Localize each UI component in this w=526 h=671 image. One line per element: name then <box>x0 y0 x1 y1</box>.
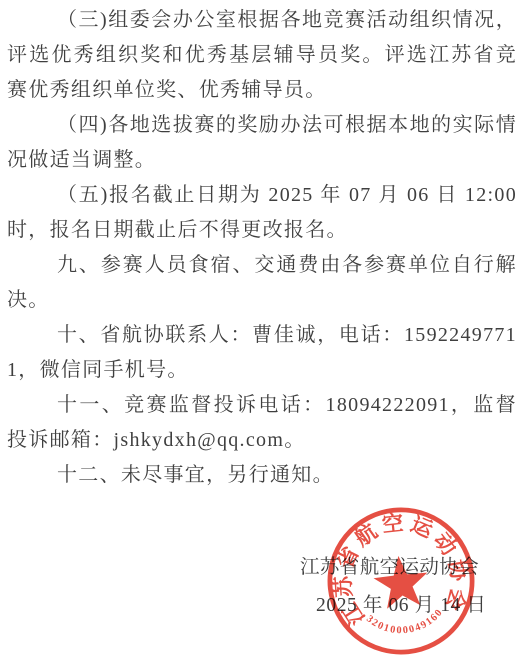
seal-code: 3201000049160 <box>363 606 447 640</box>
paragraph: 十二、未尽事宜，另行通知。 <box>7 458 517 493</box>
document-page: （三)组委会办公室根据各地竞赛活动组织情况，评选优秀组织奖和优秀基层辅导员奖。评… <box>0 0 526 671</box>
paragraph: 十、省航协联系人：曹佳诚，电话：15922497711，微信同手机号。 <box>7 318 517 388</box>
official-seal: 江苏省航空运动协会 3201000049160 <box>314 494 488 668</box>
paragraph: 十一、竞赛监督投诉电话：18094222091，监督投诉邮箱：jshkydxh@… <box>7 388 517 458</box>
paragraph: 九、参赛人员食宿、交通费由各参赛单位自行解决。 <box>7 248 517 318</box>
document-body: （三)组委会办公室根据各地竞赛活动组织情况，评选优秀组织奖和优秀基层辅导员奖。评… <box>7 3 517 493</box>
paragraph: （五)报名截止日期为 2025 年 07 月 06 日 12:00 时，报名日期… <box>7 178 517 248</box>
paragraph: （三)组委会办公室根据各地竞赛活动组织情况，评选优秀组织奖和优秀基层辅导员奖。评… <box>7 3 517 108</box>
paragraph: （四)各地选拔赛的奖励办法可根据本地的实际情况做适当调整。 <box>7 108 517 178</box>
star-icon <box>371 553 430 610</box>
